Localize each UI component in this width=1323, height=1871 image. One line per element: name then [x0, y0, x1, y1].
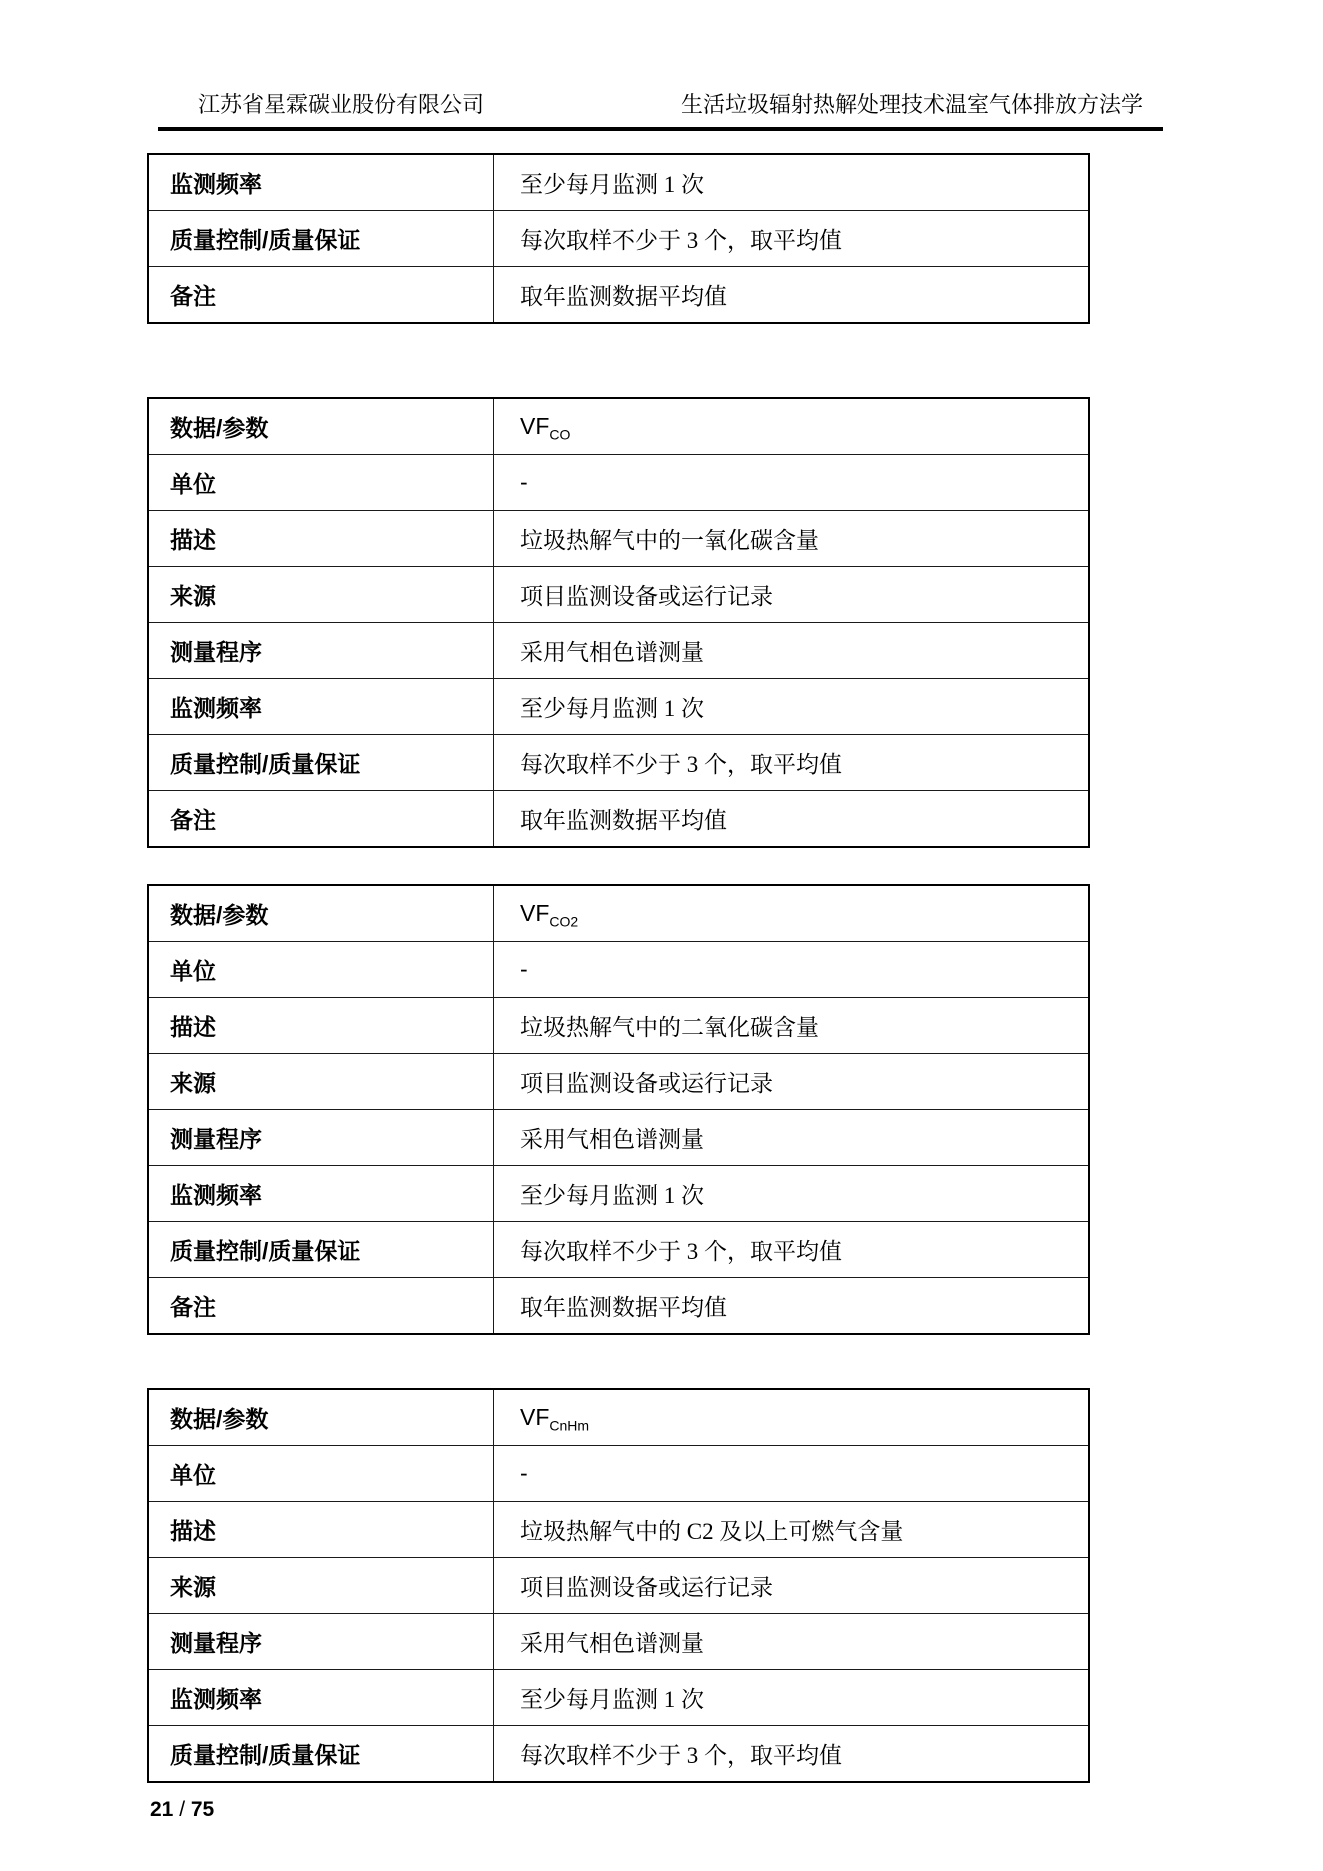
row-label: 监测频率	[148, 679, 494, 735]
row-label: 数据/参数	[148, 885, 494, 942]
row-value: 每次取样不少于 3 个，取平均值	[494, 735, 1090, 791]
row-label: 质量控制/质量保证	[148, 1222, 494, 1278]
row-value: 每次取样不少于 3 个，取平均值	[494, 211, 1090, 267]
row-value: 采用气相色谱测量	[494, 1614, 1090, 1670]
table-row: 描述 垃圾热解气中的一氧化碳含量	[148, 511, 1089, 567]
parameter-symbol: VF	[520, 413, 549, 439]
table-row: 测量程序 采用气相色谱测量	[148, 623, 1089, 679]
row-label: 质量控制/质量保证	[148, 211, 494, 267]
row-value: 垃圾热解气中的一氧化碳含量	[494, 511, 1090, 567]
row-label: 单位	[148, 1446, 494, 1502]
table-row: 描述 垃圾热解气中的二氧化碳含量	[148, 998, 1089, 1054]
parameter-symbol: VF	[520, 900, 549, 926]
row-value: 取年监测数据平均值	[494, 1278, 1090, 1335]
row-value: 至少每月监测 1 次	[494, 1166, 1090, 1222]
header-document-title: 生活垃圾辐射热解处理技术温室气体排放方法学	[681, 92, 1163, 118]
table-row: 质量控制/质量保证 每次取样不少于 3 个，取平均值	[148, 1726, 1089, 1783]
table-row: 备注 取年监测数据平均值	[148, 1278, 1089, 1335]
table-row: 来源 项目监测设备或运行记录	[148, 1558, 1089, 1614]
table-row: 监测频率 至少每月监测 1 次	[148, 154, 1089, 211]
current-page: 21	[150, 1798, 173, 1821]
row-label: 测量程序	[148, 623, 494, 679]
parameter-table-vfco2: 数据/参数 VFCO2 单位 - 描述 垃圾热解气中的二氧化碳含量 来源 项目监…	[147, 884, 1090, 1335]
row-value: VFCnHm	[494, 1389, 1090, 1446]
row-value: -	[494, 455, 1090, 511]
page-header: 江苏省星霖碳业股份有限公司 生活垃圾辐射热解处理技术温室气体排放方法学	[158, 0, 1163, 118]
table-row: 监测频率 至少每月监测 1 次	[148, 1670, 1089, 1726]
parameter-table-vfco: 数据/参数 VFCO 单位 - 描述 垃圾热解气中的一氧化碳含量 来源 项目监测…	[147, 397, 1090, 848]
row-label: 来源	[148, 1054, 494, 1110]
row-value: 取年监测数据平均值	[494, 791, 1090, 848]
row-label: 描述	[148, 998, 494, 1054]
row-label: 测量程序	[148, 1614, 494, 1670]
table-row: 单位 -	[148, 942, 1089, 998]
parameter-subscript: CnHm	[549, 1418, 589, 1434]
row-label: 质量控制/质量保证	[148, 1726, 494, 1783]
row-value: 至少每月监测 1 次	[494, 679, 1090, 735]
table-row: 质量控制/质量保证 每次取样不少于 3 个，取平均值	[148, 1222, 1089, 1278]
row-label: 数据/参数	[148, 398, 494, 455]
row-value: -	[494, 942, 1090, 998]
row-label: 数据/参数	[148, 1389, 494, 1446]
row-label: 单位	[148, 942, 494, 998]
row-value: 项目监测设备或运行记录	[494, 567, 1090, 623]
table-row: 单位 -	[148, 455, 1089, 511]
page-separator: /	[173, 1798, 191, 1821]
table-row: 描述 垃圾热解气中的 C2 及以上可燃气含量	[148, 1502, 1089, 1558]
row-label: 备注	[148, 1278, 494, 1335]
table-row: 质量控制/质量保证 每次取样不少于 3 个，取平均值	[148, 735, 1089, 791]
table-row: 备注 取年监测数据平均值	[148, 267, 1089, 324]
row-label: 来源	[148, 1558, 494, 1614]
row-label: 质量控制/质量保证	[148, 735, 494, 791]
header-rule	[158, 127, 1163, 131]
row-value: 垃圾热解气中的 C2 及以上可燃气含量	[494, 1502, 1090, 1558]
table-row: 备注 取年监测数据平均值	[148, 791, 1089, 848]
parameter-symbol: VF	[520, 1404, 549, 1430]
table-row: 测量程序 采用气相色谱测量	[148, 1614, 1089, 1670]
row-value: VFCO2	[494, 885, 1090, 942]
row-label: 描述	[148, 511, 494, 567]
table-row: 监测频率 至少每月监测 1 次	[148, 1166, 1089, 1222]
header-company-name: 江苏省星霖碳业股份有限公司	[158, 92, 484, 118]
row-label: 单位	[148, 455, 494, 511]
document-page: 江苏省星霖碳业股份有限公司 生活垃圾辐射热解处理技术温室气体排放方法学 监测频率…	[0, 0, 1323, 1871]
row-label: 描述	[148, 1502, 494, 1558]
row-value: -	[494, 1446, 1090, 1502]
parameter-subscript: CO	[549, 427, 570, 443]
row-label: 测量程序	[148, 1110, 494, 1166]
table-row: 质量控制/质量保证 每次取样不少于 3 个，取平均值	[148, 211, 1089, 267]
table-row: 单位 -	[148, 1446, 1089, 1502]
parameter-subscript: CO2	[549, 914, 578, 930]
row-label: 备注	[148, 267, 494, 324]
row-value: 每次取样不少于 3 个，取平均值	[494, 1726, 1090, 1783]
row-value: 至少每月监测 1 次	[494, 1670, 1090, 1726]
row-label: 监测频率	[148, 1166, 494, 1222]
table-row: 测量程序 采用气相色谱测量	[148, 1110, 1089, 1166]
row-value: 取年监测数据平均值	[494, 267, 1090, 324]
table-row: 数据/参数 VFCO	[148, 398, 1089, 455]
parameter-table-vfcnhm: 数据/参数 VFCnHm 单位 - 描述 垃圾热解气中的 C2 及以上可燃气含量…	[147, 1388, 1090, 1783]
row-value: 采用气相色谱测量	[494, 623, 1090, 679]
row-label: 备注	[148, 791, 494, 848]
row-label: 监测频率	[148, 154, 494, 211]
row-value: 项目监测设备或运行记录	[494, 1558, 1090, 1614]
row-value: 垃圾热解气中的二氧化碳含量	[494, 998, 1090, 1054]
table-row: 监测频率 至少每月监测 1 次	[148, 679, 1089, 735]
total-pages: 75	[191, 1798, 214, 1821]
row-label: 来源	[148, 567, 494, 623]
table-row: 来源 项目监测设备或运行记录	[148, 567, 1089, 623]
table-row: 数据/参数 VFCO2	[148, 885, 1089, 942]
row-value: 采用气相色谱测量	[494, 1110, 1090, 1166]
table-row: 来源 项目监测设备或运行记录	[148, 1054, 1089, 1110]
table-row: 数据/参数 VFCnHm	[148, 1389, 1089, 1446]
page-number: 21 / 75	[150, 1798, 1323, 1822]
parameter-table-continuation: 监测频率 至少每月监测 1 次 质量控制/质量保证 每次取样不少于 3 个，取平…	[147, 153, 1090, 324]
row-value: VFCO	[494, 398, 1090, 455]
row-value: 至少每月监测 1 次	[494, 154, 1090, 211]
row-value: 每次取样不少于 3 个，取平均值	[494, 1222, 1090, 1278]
row-value: 项目监测设备或运行记录	[494, 1054, 1090, 1110]
row-label: 监测频率	[148, 1670, 494, 1726]
